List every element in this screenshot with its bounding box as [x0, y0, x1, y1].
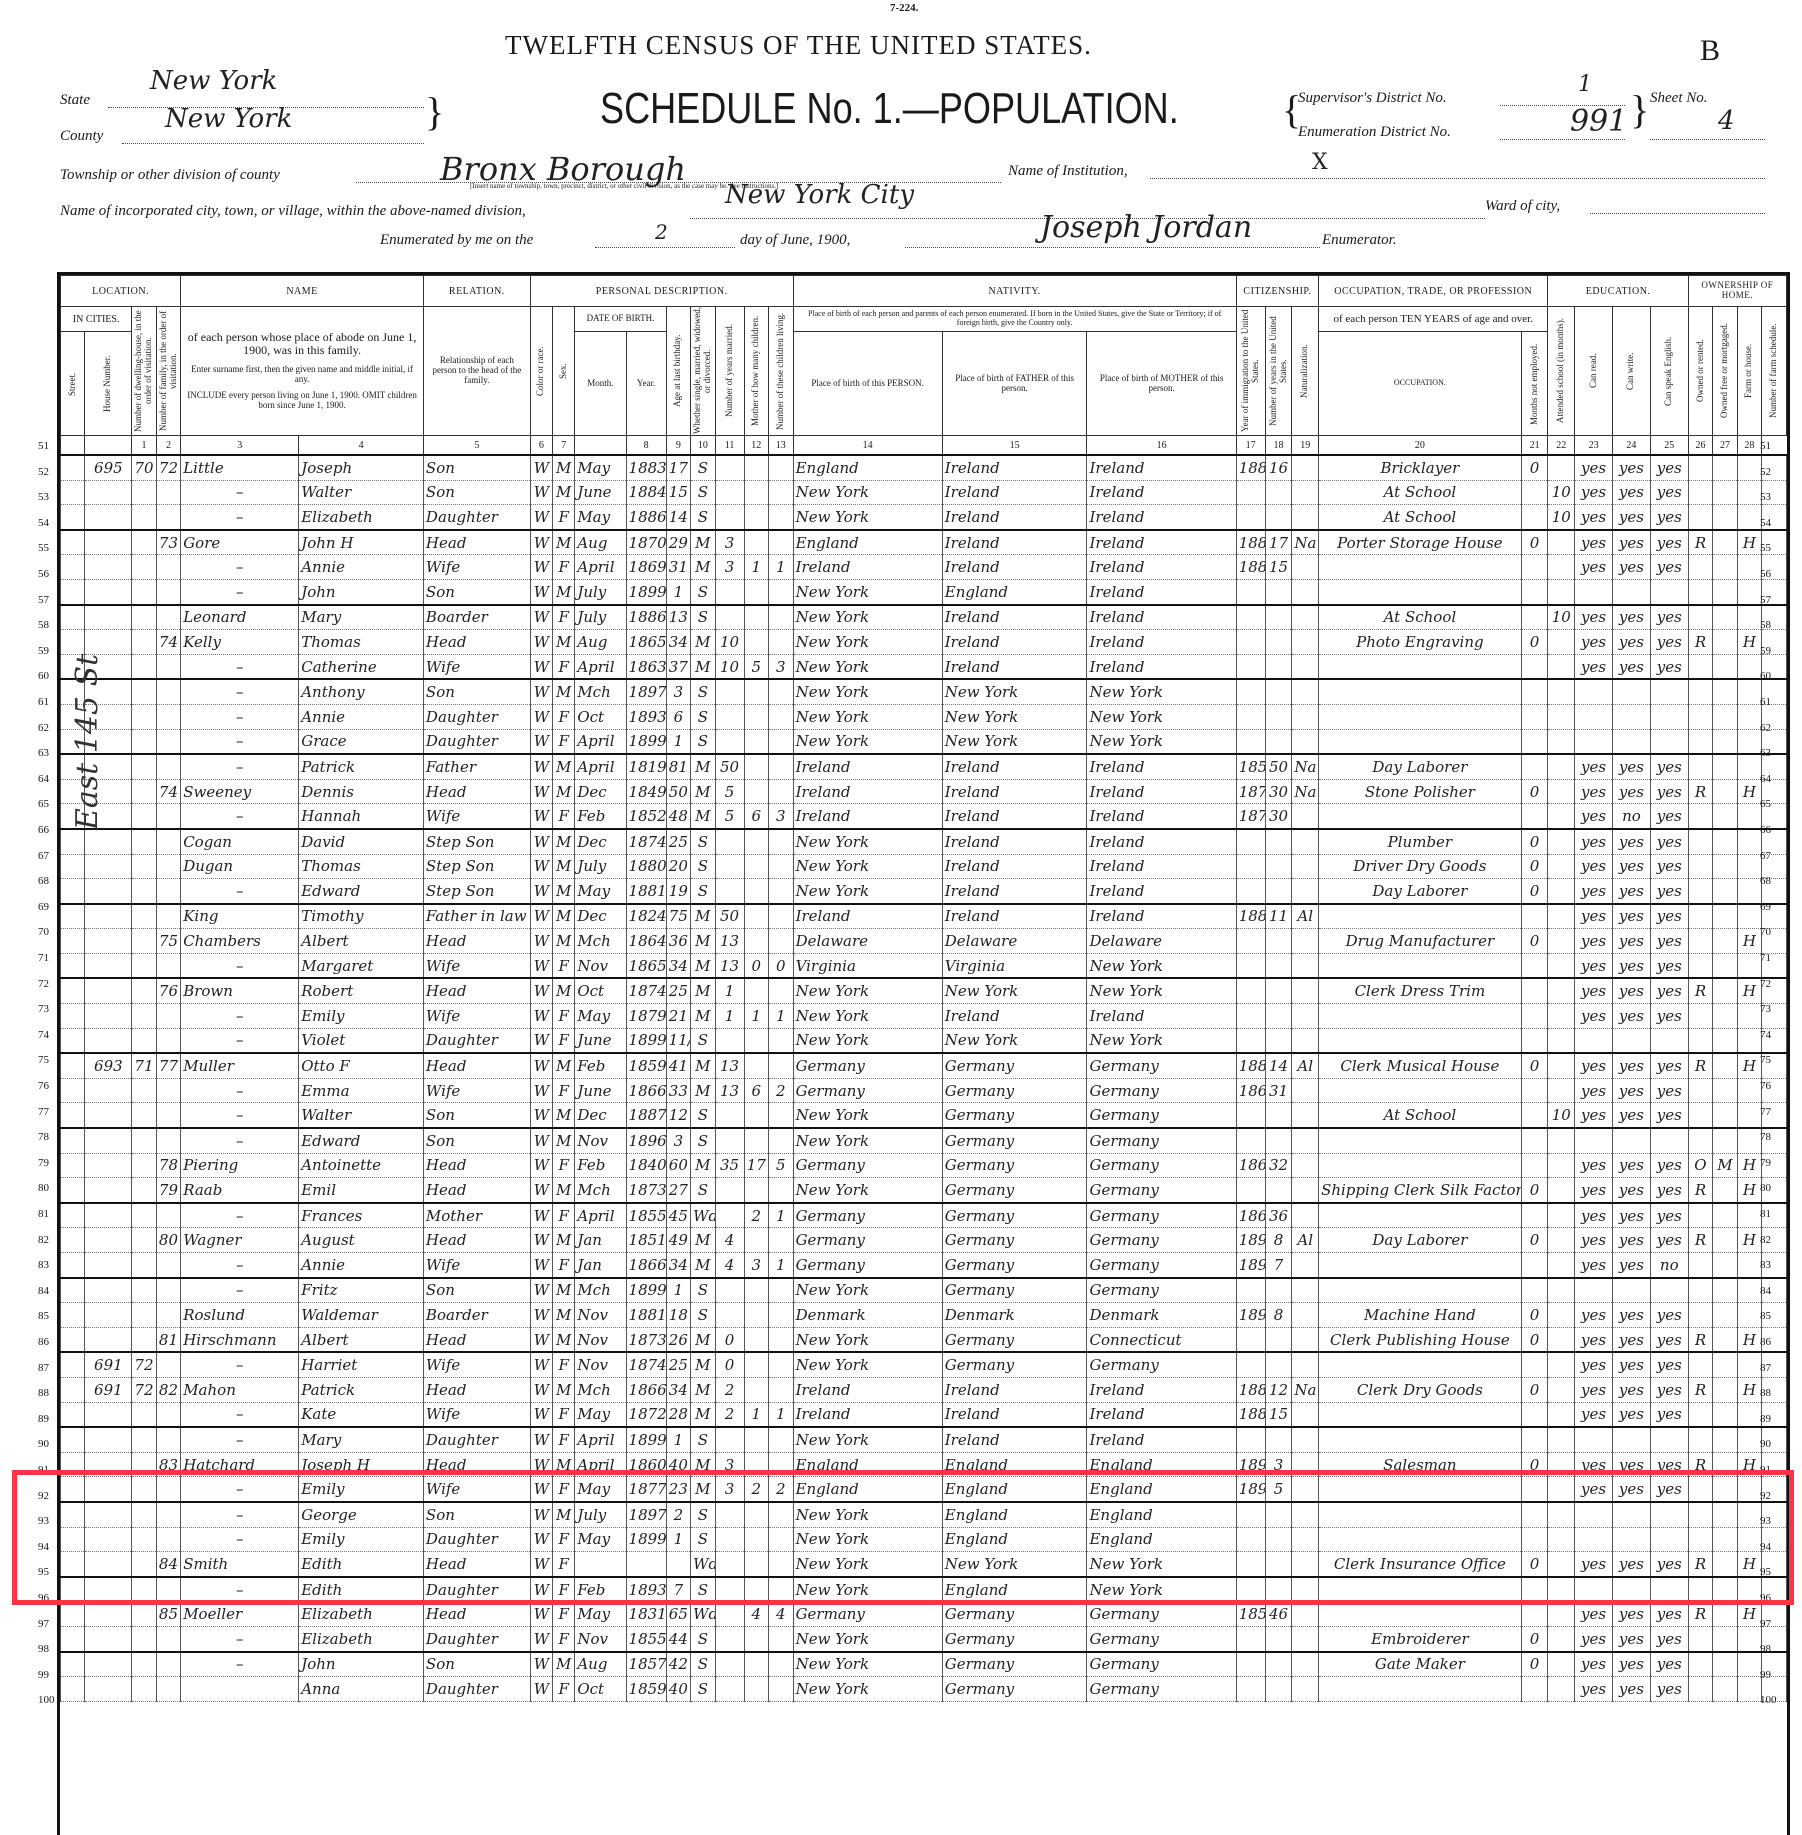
enumeration-label: Enumeration District No. — [1298, 124, 1451, 141]
birthplace-father-cell: Ireland — [942, 1377, 1087, 1402]
surname-cell: Smith — [181, 1552, 299, 1577]
line-number-left: 63 — [38, 747, 49, 759]
mother-of-cell — [744, 1502, 768, 1527]
birth-month-cell: Mch — [575, 679, 626, 704]
months-unemployed-cell: 0 — [1521, 929, 1548, 954]
house-number-cell — [85, 1327, 132, 1352]
can-speak-english-cell — [1650, 579, 1688, 604]
occupation-cell: Day Laborer — [1319, 879, 1522, 904]
dwelling-number-cell — [132, 1427, 156, 1452]
birthplace-father-cell: Ireland — [942, 804, 1087, 829]
birthplace-father-cell: England — [942, 579, 1087, 604]
months-unemployed-cell: 0 — [1521, 1452, 1548, 1477]
census-row: –AnnieWifeWFJan186634M431GermanyGermanyG… — [61, 1253, 1787, 1278]
can-read-cell: yes — [1575, 1602, 1613, 1627]
age-cell: 40 — [666, 1677, 690, 1702]
immigration-year-cell: 1888 — [1236, 1377, 1265, 1402]
years-married-cell: 13 — [715, 1078, 744, 1103]
supervisor-label: Supervisor's District No. — [1298, 90, 1447, 107]
years-married-cell: 35 — [715, 1153, 744, 1178]
line-number-left: 66 — [38, 824, 49, 836]
can-read-cell: yes — [1575, 1402, 1613, 1427]
relation-cell: Head — [423, 1228, 530, 1253]
state-label: State — [60, 92, 90, 109]
can-write-cell — [1613, 579, 1651, 604]
birthplace-mother-cell: Denmark — [1087, 1303, 1236, 1328]
marital-status-cell: S — [691, 1577, 715, 1602]
owned-rented-cell — [1688, 729, 1712, 754]
family-number-cell — [156, 1402, 180, 1427]
birth-year-cell: 1879 — [626, 1004, 666, 1029]
census-row: 69172–HarrietWifeWFNov187425M0New YorkGe… — [61, 1352, 1787, 1377]
years-married-cell — [715, 579, 744, 604]
can-read-cell: yes — [1575, 505, 1613, 530]
line-number-right: 53 — [1760, 491, 1771, 503]
mother-of-cell: 1 — [744, 1402, 768, 1427]
relation-cell: Wife — [423, 654, 530, 679]
owned-rented-cell — [1688, 1004, 1712, 1029]
street-cell — [61, 1452, 85, 1477]
mother-of-cell: 6 — [744, 804, 768, 829]
naturalization-cell — [1292, 804, 1319, 829]
years-in-us-cell — [1265, 1527, 1292, 1552]
line-number-left: 69 — [38, 901, 49, 913]
marital-status-cell: M — [691, 1078, 715, 1103]
school-months-cell — [1548, 929, 1575, 954]
marital-status-cell: M — [691, 1452, 715, 1477]
can-speak-english-cell — [1650, 1128, 1688, 1153]
age-cell: 34 — [666, 1253, 690, 1278]
line-number-left: 77 — [38, 1106, 49, 1118]
marital-status-cell: M — [691, 630, 715, 655]
sex-cell: M — [553, 455, 575, 480]
school-months-cell — [1548, 704, 1575, 729]
marital-status-cell: M — [691, 1377, 715, 1402]
can-speak-english-cell: no — [1650, 1253, 1688, 1278]
can-speak-english-cell: yes — [1650, 1452, 1688, 1477]
months-unemployed-cell — [1521, 1352, 1548, 1377]
color-cell: W — [530, 1502, 552, 1527]
occupation-cell — [1319, 953, 1522, 978]
given-name-cell: Mary — [299, 605, 424, 630]
family-number-cell — [156, 1028, 180, 1053]
naturalization-cell — [1292, 1153, 1319, 1178]
birth-month-cell: April — [575, 1427, 626, 1452]
family-number-cell — [156, 555, 180, 580]
dwelling-number-cell — [132, 704, 156, 729]
can-speak-english-cell — [1650, 1527, 1688, 1552]
can-speak-english-cell: yes — [1650, 1626, 1688, 1651]
birthplace-mother-cell: Ireland — [1087, 480, 1236, 505]
naturalization-cell — [1292, 1203, 1319, 1228]
age-cell: 81 — [666, 754, 690, 779]
mortgaged-cell — [1713, 779, 1737, 804]
naturalization-cell — [1292, 829, 1319, 854]
mortgaged-cell — [1713, 1278, 1737, 1303]
naturalization-cell — [1292, 1402, 1319, 1427]
line-number-left: 65 — [38, 798, 49, 810]
birth-month-cell: Jan — [575, 1228, 626, 1253]
marital-status-cell: M — [691, 1053, 715, 1078]
birth-month-cell: Dec — [575, 904, 626, 929]
can-speak-english-cell: yes — [1650, 904, 1688, 929]
birthplace-mother-cell: Delaware — [1087, 929, 1236, 954]
birth-month-cell: Dec — [575, 829, 626, 854]
birth-year-cell: 1866 — [626, 1377, 666, 1402]
street-cell — [61, 1327, 85, 1352]
birthplace-mother-cell: New York — [1087, 1552, 1236, 1577]
marital-status-cell: S — [691, 1128, 715, 1153]
immigration-year-cell: 1885 — [1236, 555, 1265, 580]
birthplace-father-cell: Germany — [942, 1626, 1087, 1651]
color-cell: W — [530, 1427, 552, 1452]
years-in-us-cell: 12 — [1265, 1377, 1292, 1402]
relation-cell: Head — [423, 530, 530, 555]
farm-house-cell — [1737, 1103, 1761, 1128]
line-number-left: 61 — [38, 696, 49, 708]
marital-status-cell: S — [691, 679, 715, 704]
census-row: –EmmaWifeWFJune186633M1362GermanyGermany… — [61, 1078, 1787, 1103]
children-living-cell — [769, 605, 794, 630]
birthplace-father-cell: Germany — [942, 1652, 1087, 1677]
given-name-cell: Joseph — [299, 455, 424, 480]
farm-house-cell: H — [1737, 929, 1761, 954]
ward-label: Ward of city, — [1485, 198, 1560, 215]
birthplace-person-cell: New York — [793, 704, 942, 729]
months-unemployed-cell — [1521, 978, 1548, 1003]
farm-house-cell — [1737, 1253, 1761, 1278]
birth-month-cell: Mch — [575, 1377, 626, 1402]
mortgaged-cell — [1713, 978, 1737, 1003]
school-months-cell — [1548, 1253, 1575, 1278]
col-owned: Owned or rented. — [1696, 307, 1706, 435]
birth-month-cell: Feb — [575, 804, 626, 829]
birth-year-cell: 1880 — [626, 854, 666, 879]
birthplace-mother-cell: England — [1087, 1477, 1236, 1502]
line-number-right: 68 — [1760, 875, 1771, 887]
color-cell: W — [530, 829, 552, 854]
col-family: Number of family, in the order of visita… — [159, 307, 179, 435]
owned-rented-cell — [1688, 679, 1712, 704]
can-read-cell: yes — [1575, 904, 1613, 929]
sex-cell: F — [553, 654, 575, 679]
immigration-year-cell — [1236, 505, 1265, 530]
marital-status-cell: M — [691, 654, 715, 679]
dwelling-number-cell — [132, 1577, 156, 1602]
col-read: Can read. — [1589, 307, 1599, 435]
naturalization-cell: Na — [1292, 779, 1319, 804]
birth-year-cell: 1865 — [626, 953, 666, 978]
mother-of-cell: 2 — [744, 1477, 768, 1502]
dwelling-number-cell — [132, 1253, 156, 1278]
birth-month-cell: July — [575, 579, 626, 604]
city-label: Name of incorporated city, town, or vill… — [60, 203, 526, 220]
can-read-cell: yes — [1575, 879, 1613, 904]
dwelling-number-cell — [132, 1652, 156, 1677]
street-cell — [61, 1153, 85, 1178]
sex-cell: M — [553, 530, 575, 555]
column-number: 15 — [942, 436, 1087, 456]
naturalization-cell — [1292, 854, 1319, 879]
school-months-cell — [1548, 1427, 1575, 1452]
birthplace-person-cell: New York — [793, 1552, 942, 1577]
census-row: 74SweeneyDennisHeadWMDec184950M5IrelandI… — [61, 779, 1787, 804]
age-cell: 49 — [666, 1228, 690, 1253]
years-married-cell: 50 — [715, 754, 744, 779]
relation-cell: Wife — [423, 953, 530, 978]
school-months-cell — [1548, 829, 1575, 854]
street-cell — [61, 879, 85, 904]
years-married-cell: 0 — [715, 1327, 744, 1352]
surname-cell: – — [181, 1402, 299, 1427]
mortgaged-cell — [1713, 1028, 1737, 1053]
occupation-cell: Clerk Insurance Office — [1319, 1552, 1522, 1577]
surname-cell: – — [181, 1078, 299, 1103]
birthplace-mother-cell: Ireland — [1087, 1402, 1236, 1427]
dwelling-number-cell — [132, 754, 156, 779]
column-number: 7 — [553, 436, 575, 456]
mortgaged-cell — [1713, 605, 1737, 630]
occupation-cell — [1319, 1253, 1522, 1278]
can-speak-english-cell: yes — [1650, 1327, 1688, 1352]
birthplace-person-cell: New York — [793, 1327, 942, 1352]
immigration-year-cell: 1883 — [1236, 530, 1265, 555]
can-speak-english-cell: yes — [1650, 630, 1688, 655]
county-line — [122, 142, 424, 144]
years-in-us-cell — [1265, 654, 1292, 679]
line-number-right: 59 — [1760, 645, 1771, 657]
given-name-cell: John — [299, 1652, 424, 1677]
can-read-cell — [1575, 1527, 1613, 1552]
mother-of-cell — [744, 904, 768, 929]
dwelling-number-cell — [132, 904, 156, 929]
mortgaged-cell — [1713, 1203, 1737, 1228]
sex-cell: F — [553, 1577, 575, 1602]
mother-of-cell — [744, 1352, 768, 1377]
school-months-cell — [1548, 729, 1575, 754]
mortgaged-cell — [1713, 1103, 1737, 1128]
mortgaged-cell — [1713, 654, 1737, 679]
mortgaged-cell — [1713, 1303, 1737, 1328]
birth-month-cell: May — [575, 1004, 626, 1029]
can-read-cell: yes — [1575, 1626, 1613, 1651]
house-number-cell — [85, 605, 132, 630]
marital-status-cell: S — [691, 829, 715, 854]
age-cell: 23 — [666, 1477, 690, 1502]
owned-rented-cell — [1688, 1103, 1712, 1128]
school-months-cell — [1548, 555, 1575, 580]
farm-house-cell: H — [1737, 1228, 1761, 1253]
can-speak-english-cell: yes — [1650, 480, 1688, 505]
owned-rented-cell — [1688, 1253, 1712, 1278]
relation-cell: Son — [423, 579, 530, 604]
house-number-cell — [85, 1253, 132, 1278]
birth-month-cell: Nov — [575, 1352, 626, 1377]
months-unemployed-cell — [1521, 1477, 1548, 1502]
color-cell: W — [530, 1004, 552, 1029]
can-speak-english-cell: yes — [1650, 555, 1688, 580]
given-name-cell: Hannah — [299, 804, 424, 829]
house-number-cell — [85, 1028, 132, 1053]
marital-status-cell: M — [691, 904, 715, 929]
children-living-cell: 4 — [769, 1602, 794, 1627]
dwelling-number-cell — [132, 1527, 156, 1552]
years-in-us-cell — [1265, 630, 1292, 655]
years-in-us-cell: 30 — [1265, 804, 1292, 829]
occupation-cell: Bricklayer — [1319, 455, 1522, 480]
col-birth-father: Place of birth of FATHER of this person. — [942, 332, 1087, 436]
can-read-cell: yes — [1575, 1203, 1613, 1228]
farm-house-cell: H — [1737, 1602, 1761, 1627]
years-married-cell — [715, 879, 744, 904]
children-living-cell — [769, 1677, 794, 1702]
months-unemployed-cell — [1521, 679, 1548, 704]
years-in-us-cell: 16 — [1265, 455, 1292, 480]
census-row: –GraceDaughterWFApril18991SNew YorkNew Y… — [61, 729, 1787, 754]
census-row: –WalterSonWMJune188415SNew YorkIrelandIr… — [61, 480, 1787, 505]
col-dwelling: Number of dwelling-house, in the order o… — [134, 307, 154, 435]
sex-cell: F — [553, 1402, 575, 1427]
ward-line — [1590, 212, 1765, 214]
birthplace-person-cell: New York — [793, 1677, 942, 1702]
years-married-cell — [715, 480, 744, 505]
mother-of-cell — [744, 1028, 768, 1053]
col-month: Month. — [575, 332, 626, 436]
farm-house-cell — [1737, 505, 1761, 530]
house-number-cell — [85, 1103, 132, 1128]
line-number-right: 75 — [1760, 1054, 1771, 1066]
can-read-cell: yes — [1575, 804, 1613, 829]
immigration-year-cell — [1236, 1327, 1265, 1352]
sex-cell: M — [553, 854, 575, 879]
years-in-us-cell: 8 — [1265, 1228, 1292, 1253]
months-unemployed-cell — [1521, 1677, 1548, 1702]
line-number-left: 92 — [38, 1490, 49, 1502]
can-write-cell: yes — [1613, 1103, 1651, 1128]
birthplace-mother-cell: England — [1087, 1502, 1236, 1527]
years-married-cell — [715, 1103, 744, 1128]
line-number-right: 93 — [1760, 1515, 1771, 1527]
col-children-living: Number of these children living. — [776, 307, 786, 435]
street-cell — [61, 1004, 85, 1029]
can-write-cell — [1613, 1502, 1651, 1527]
column-number: 19 — [1292, 436, 1319, 456]
birthplace-person-cell: New York — [793, 579, 942, 604]
can-read-cell: yes — [1575, 1677, 1613, 1702]
years-in-us-cell — [1265, 953, 1292, 978]
mother-of-cell — [744, 1377, 768, 1402]
naturalization-cell — [1292, 1577, 1319, 1602]
mother-of-cell — [744, 679, 768, 704]
birth-month-cell: May — [575, 1477, 626, 1502]
line-number-left: 54 — [38, 517, 49, 529]
given-name-cell: Timothy — [299, 904, 424, 929]
years-married-cell — [715, 1602, 744, 1627]
line-number-left: 59 — [38, 645, 49, 657]
owned-rented-cell — [1688, 1078, 1712, 1103]
line-number-right: 89 — [1760, 1413, 1771, 1425]
children-living-cell — [769, 1278, 794, 1303]
census-table-frame: LOCATION. NAME RELATION. PERSONAL DESCRI… — [57, 272, 1790, 1835]
census-row: 84SmithEdithHeadWFWdNew YorkNew YorkNew … — [61, 1552, 1787, 1577]
immigration-year-cell: 1870 — [1236, 779, 1265, 804]
birthplace-father-cell: Germany — [942, 1128, 1087, 1153]
relation-cell: Head — [423, 630, 530, 655]
farm-house-cell — [1737, 679, 1761, 704]
months-unemployed-cell: 0 — [1521, 530, 1548, 555]
dwelling-number-cell — [132, 854, 156, 879]
given-name-cell: Edith — [299, 1577, 424, 1602]
mortgaged-cell — [1713, 1652, 1737, 1677]
immigration-year-cell — [1236, 929, 1265, 954]
census-row: –EmilyDaughterWFMay18991SNew YorkEngland… — [61, 1527, 1787, 1552]
school-months-cell — [1548, 1327, 1575, 1352]
color-cell: W — [530, 505, 552, 530]
owned-rented-cell — [1688, 1652, 1712, 1677]
birth-month-cell: Oct — [575, 704, 626, 729]
children-living-cell: 1 — [769, 1253, 794, 1278]
farm-house-cell — [1737, 455, 1761, 480]
can-write-cell — [1613, 729, 1651, 754]
line-number-left: 58 — [38, 619, 49, 631]
birthplace-father-cell: New York — [942, 1028, 1087, 1053]
birth-year-cell: 1866 — [626, 1253, 666, 1278]
given-name-cell: John — [299, 579, 424, 604]
col-write: Can write. — [1626, 307, 1636, 435]
family-number-cell: 83 — [156, 1452, 180, 1477]
age-cell: 41 — [666, 1053, 690, 1078]
children-living-cell — [769, 1103, 794, 1128]
relation-cell: Father — [423, 754, 530, 779]
column-number: 24 — [1613, 436, 1651, 456]
months-unemployed-cell — [1521, 754, 1548, 779]
birthplace-mother-cell: Germany — [1087, 1602, 1236, 1627]
dwelling-number-cell — [132, 1004, 156, 1029]
owned-rented-cell — [1688, 1527, 1712, 1552]
surname-cell: Brown — [181, 978, 299, 1003]
school-months-cell — [1548, 455, 1575, 480]
school-months-cell — [1548, 1477, 1575, 1502]
sex-cell: F — [553, 1427, 575, 1452]
can-read-cell: yes — [1575, 1228, 1613, 1253]
surname-cell: Dugan — [181, 854, 299, 879]
birth-month-cell: Mch — [575, 929, 626, 954]
birth-year-cell: 1899 — [626, 729, 666, 754]
can-speak-english-cell — [1650, 679, 1688, 704]
birthplace-father-cell: Germany — [942, 1078, 1087, 1103]
color-cell: W — [530, 1228, 552, 1253]
children-living-cell: 1 — [769, 1203, 794, 1228]
census-row: –VioletDaughterWFJune189911/12SNew YorkN… — [61, 1028, 1787, 1053]
census-row: –KateWifeWFMay187228M211IrelandIrelandIr… — [61, 1402, 1787, 1427]
birthplace-mother-cell: Ireland — [1087, 1377, 1236, 1402]
given-name-cell: August — [299, 1228, 424, 1253]
relation-cell: Son — [423, 1128, 530, 1153]
dwelling-number-cell — [132, 1178, 156, 1203]
occupation-cell — [1319, 704, 1522, 729]
farm-house-cell — [1737, 829, 1761, 854]
occupation-cell: Shipping Clerk Silk Factory — [1319, 1178, 1522, 1203]
years-in-us-cell — [1265, 1004, 1292, 1029]
given-name-cell: Thomas — [299, 854, 424, 879]
birthplace-person-cell: New York — [793, 1103, 942, 1128]
birthplace-father-cell: Ireland — [942, 630, 1087, 655]
years-married-cell: 10 — [715, 630, 744, 655]
line-number-right: 82 — [1760, 1234, 1771, 1246]
line-number-right: 96 — [1760, 1592, 1771, 1604]
census-row: –CatherineWifeWFApril186337M1053New York… — [61, 654, 1787, 679]
age-cell: 2 — [666, 1502, 690, 1527]
